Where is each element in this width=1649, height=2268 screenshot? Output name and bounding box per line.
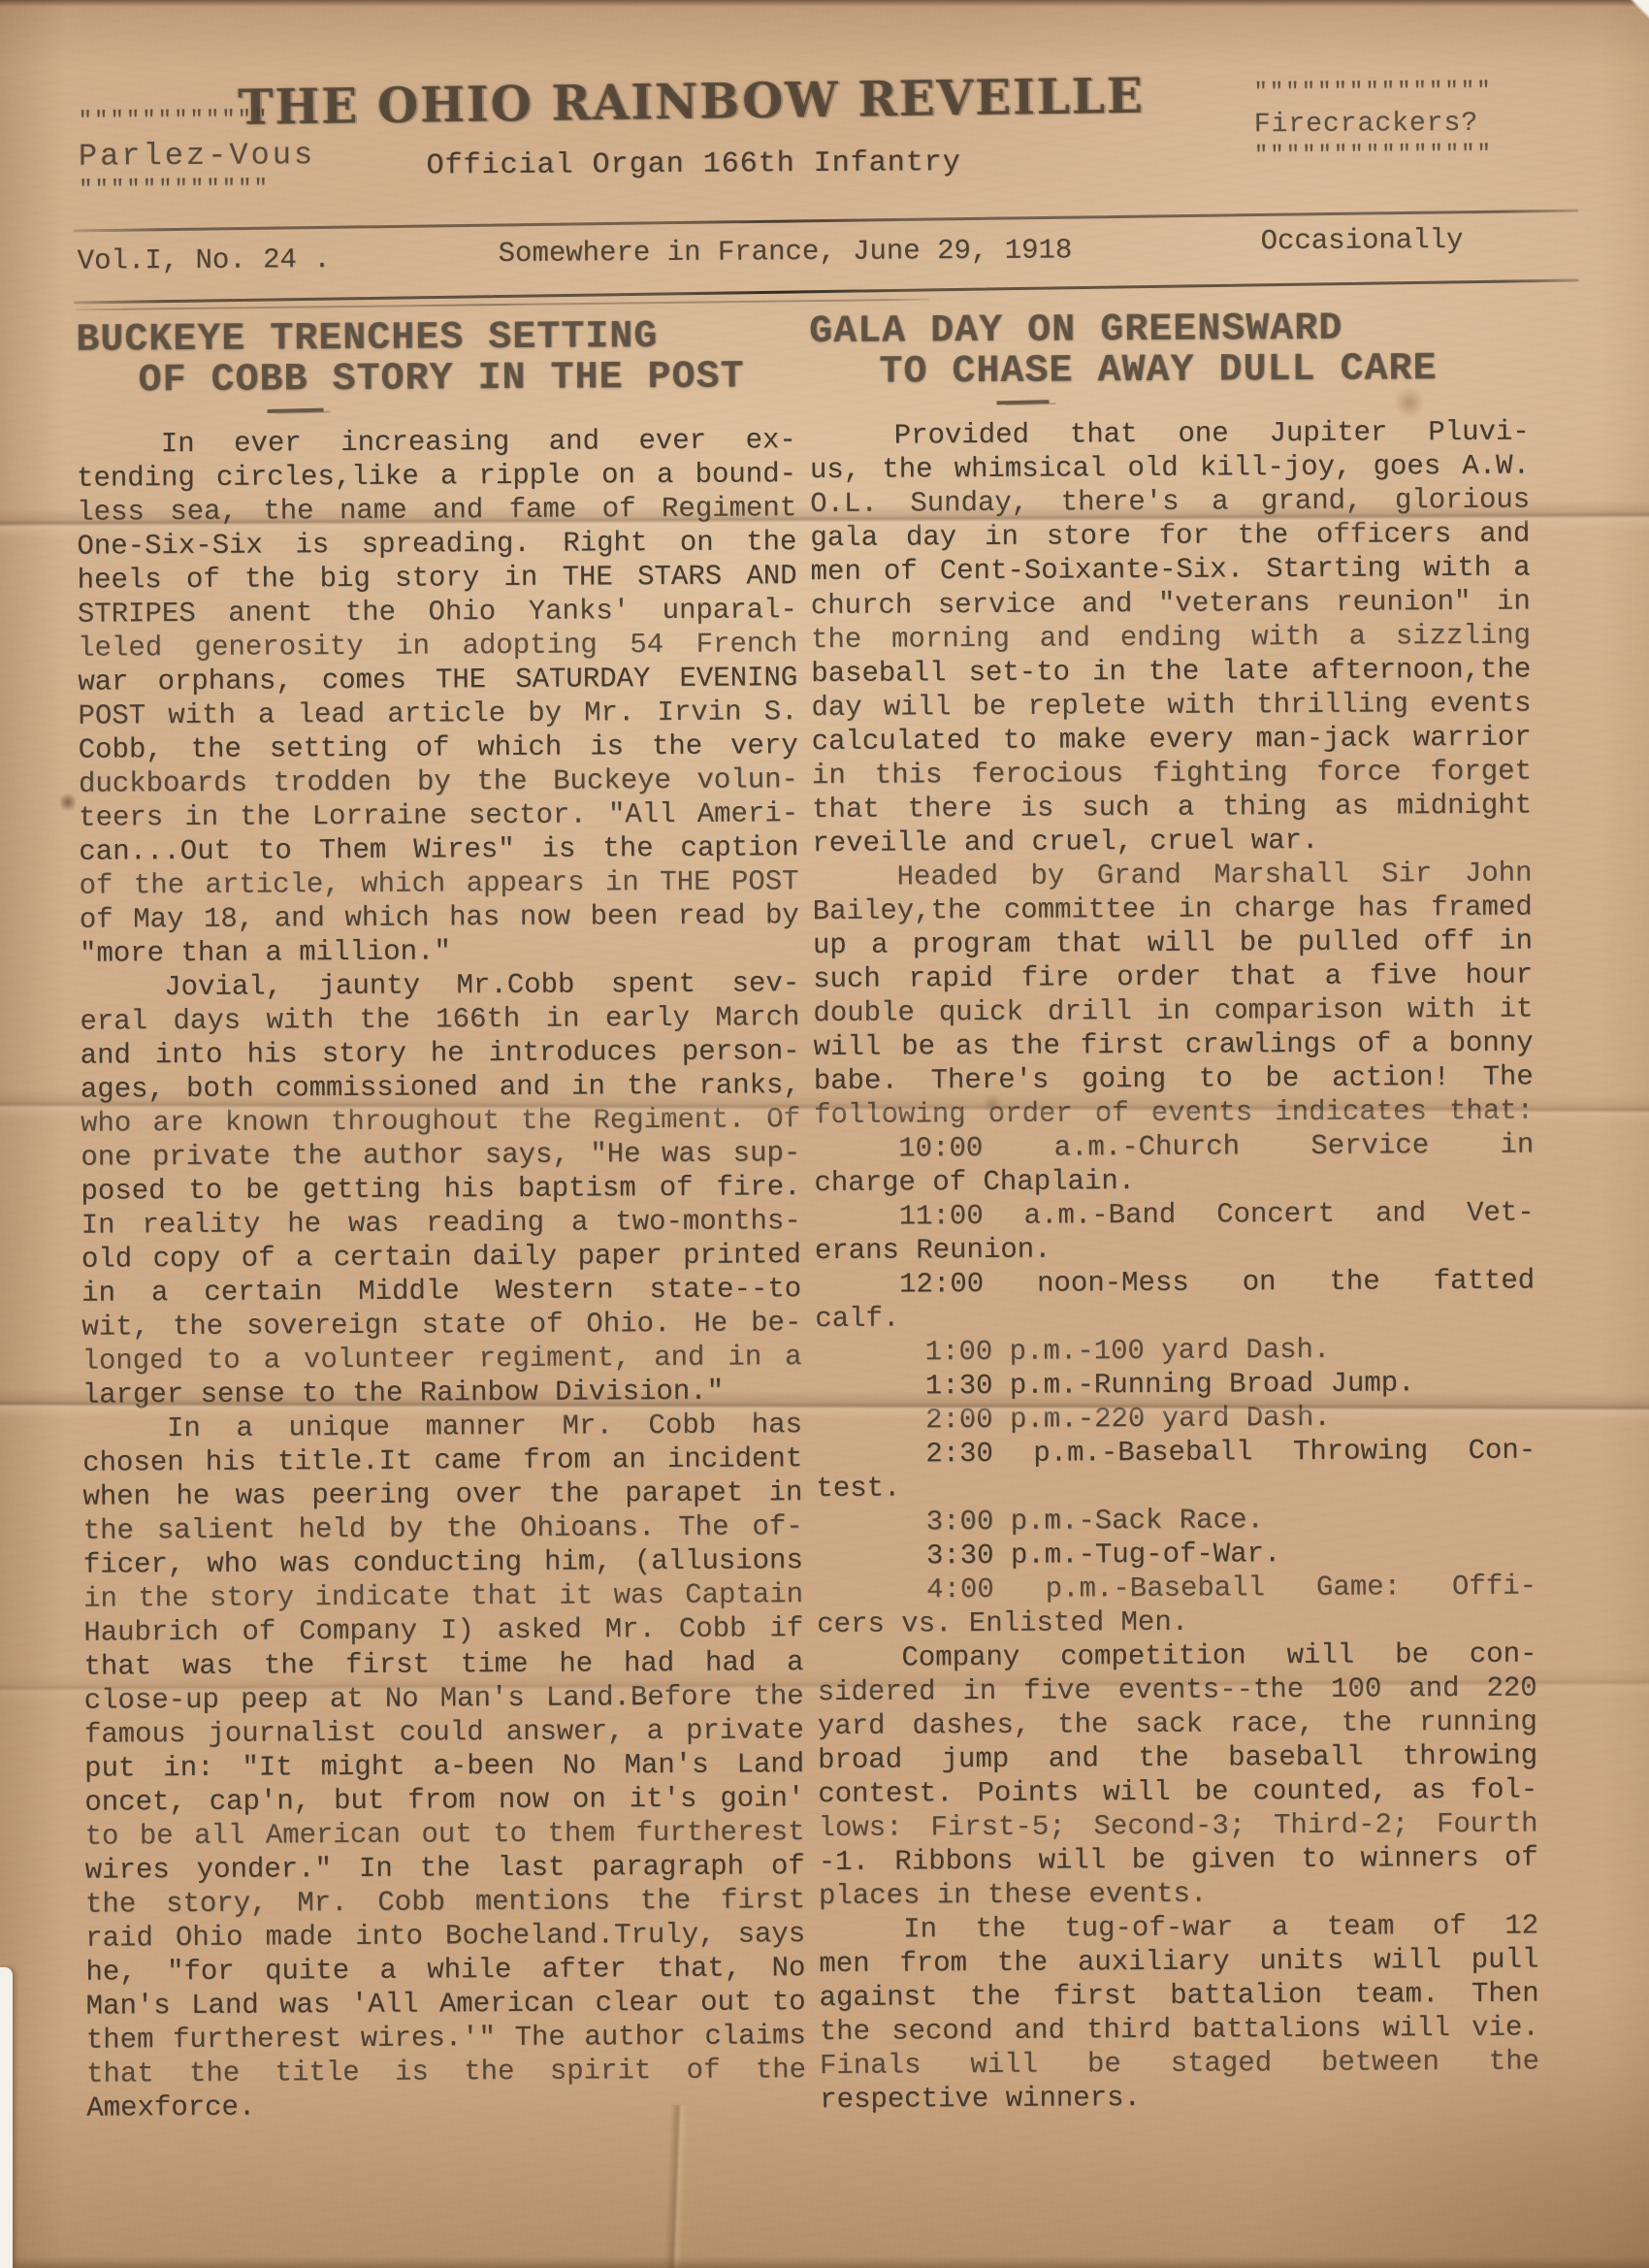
quote-marks-row: """"""""""""""" <box>1254 141 1493 172</box>
text-line: raid Ohio made into Bocheland.Truly, say… <box>85 1917 805 1956</box>
text-line: places in these events. <box>819 1875 1538 1914</box>
text-line: duckboards trodden by the Buckeye volun- <box>79 762 798 801</box>
text-line: Provided that one Jupiter Pluvi- <box>810 415 1530 454</box>
text-line: 2:00 p.m.-220 yard Dash. <box>816 1400 1536 1439</box>
text-line: in a certain Middle Western state--to <box>81 1272 801 1311</box>
ear-label-firecrackers: Firecrackers? <box>1254 109 1493 141</box>
text-line: men from the auxiliary units will pull <box>819 1943 1538 1982</box>
quote-marks-row: """""""""""" <box>79 175 315 205</box>
text-line: the salient held by the Ohioans. The of- <box>83 1509 803 1548</box>
scanned-newspaper-page: """""""""""" Parlez-Vous """""""""""" TH… <box>0 0 1649 2268</box>
text-line: in this ferocious fighting force forget <box>812 755 1532 794</box>
text-line: war orphans, comes THE SATURDAY EVENING <box>78 661 797 699</box>
page-content: """""""""""" Parlez-Vous """""""""""" TH… <box>0 0 1649 2268</box>
text-line: 10:00 a.m.-Church Service in <box>814 1128 1534 1167</box>
text-line: heels of the big story in THE STARS AND <box>78 559 797 598</box>
text-line: Company competition will be con- <box>817 1637 1536 1676</box>
dateline: Somewhere in France, June 29, 1918 <box>498 234 1072 270</box>
text-line: the morning and ending with a sizzling <box>811 619 1531 658</box>
text-line: to be all American out to them furtheres… <box>84 1815 804 1854</box>
text-line: charge of Chaplain. <box>814 1162 1534 1201</box>
text-line: Finals will be staged between the <box>820 2045 1539 2084</box>
text-line: Headed by Grand Marshall Sir John <box>812 857 1532 895</box>
text-line: put in: "It might a-been No Man's Land <box>84 1747 804 1786</box>
newspaper-title: THE OHIO RAINBOW REVEILLE <box>238 67 1145 136</box>
article-headline-line1: GALA DAY ON GREENSWARD <box>809 308 1529 354</box>
text-line: famous journalist could answer, a privat… <box>84 1713 804 1752</box>
article-headline-line2: TO CHASE AWAY DULL CARE <box>809 349 1529 395</box>
headline-divider-dash <box>996 400 1049 405</box>
text-line: ages, both commissioned and in the ranks… <box>81 1068 800 1107</box>
text-line: he, "for quite a while after that, No <box>85 1951 805 1990</box>
text-line: calf. <box>815 1298 1535 1337</box>
text-line: longed to a volunteer regiment, and in a <box>81 1340 801 1378</box>
volume-number: Vol.I, No. 24 . <box>78 243 331 277</box>
text-line: when he was peering over the parapet in <box>82 1475 802 1514</box>
text-line: gala day in store for the officers and <box>810 517 1530 556</box>
text-line: that the title is the spirit of the <box>86 2053 806 2091</box>
text-line: men of Cent-Soixante-Six. Starting with … <box>810 551 1530 590</box>
article-headline-line2: OF COBB STORY IN THE POST <box>76 357 795 403</box>
text-line: sidered in five events--the 100 and 220 <box>818 1671 1537 1710</box>
text-line: double quick drill in comparison with it <box>813 992 1533 1031</box>
text-line: close-up peep at No Man's Land.Before th… <box>84 1679 804 1718</box>
text-line: against the first battalion team. Then <box>819 1977 1538 2016</box>
text-line: the second and third battalions will vie… <box>820 2011 1539 2050</box>
text-line: ficer, who was conducting him, (allusion… <box>83 1543 803 1582</box>
text-line: will be as the first crawlings of a bonn… <box>813 1026 1533 1065</box>
text-line: In the tug-of-war a team of 12 <box>819 1909 1538 1948</box>
text-line: wires yonder." In the last paragraph of <box>85 1849 805 1888</box>
text-line: of the article, which appears in THE POS… <box>79 864 798 903</box>
text-line: In reality he was reading a two-months- <box>81 1204 801 1243</box>
newspaper-subtitle: Official Organ 166th Infantry <box>426 146 960 182</box>
scan-background-corner <box>1620 0 1649 29</box>
scan-background-strip <box>0 1967 13 2268</box>
text-line: old copy of a certain daily paper printe… <box>81 1238 801 1277</box>
text-line: eral days with the 166th in early March <box>80 1000 799 1039</box>
text-line: posed to be getting his baptism of fire. <box>81 1170 800 1209</box>
text-line: calculated to make every man-jack warrio… <box>812 721 1532 760</box>
text-line: following order of events indicates that… <box>814 1094 1534 1133</box>
frequency-note: Occasionally <box>1260 224 1463 257</box>
ear-label-parlez-vous: Parlez-Vous <box>79 137 315 174</box>
article-gala-day: GALA DAY ON GREENSWARD TO CHASE AWAY DUL… <box>809 308 1539 2117</box>
scan-edge-bottom <box>0 2256 1649 2268</box>
text-line: day will be replete with thrilling event… <box>811 687 1531 726</box>
text-line: the story, Mr. Cobb mentions the first <box>85 1883 805 1922</box>
text-line: tending circles,like a ripple on a bound… <box>77 457 796 496</box>
text-line: In ever increasing and ever ex- <box>77 423 796 462</box>
text-line: Amexforce. <box>86 2087 806 2125</box>
text-line: leled generosity in adopting 54 French <box>78 627 797 665</box>
text-line: -1. Ribbons will be given to winners of <box>819 1841 1538 1880</box>
text-line: One-Six-Six is spreading. Right on the <box>77 525 796 564</box>
text-line: 11:00 a.m.-Band Concert and Vet- <box>815 1196 1535 1235</box>
text-line: Cobb, the setting of which is the very <box>79 729 798 767</box>
text-line: lows: First-5; Second-3; Third-2; Fourth <box>818 1807 1537 1846</box>
text-line: that there is such a thing as midnight <box>812 789 1532 827</box>
text-line: STRIPES anent the Ohio Yanks' unparal- <box>78 593 797 632</box>
text-line: oncet, cap'n, but from now on it's goin' <box>84 1781 804 1820</box>
text-line: 2:30 p.m.-Baseball Throwing Con- <box>816 1434 1536 1473</box>
quote-marks-row: """"""""""""""" <box>1254 78 1493 109</box>
text-line: Haubrich of Company I) asked Mr. Cobb if <box>83 1611 803 1650</box>
text-line: and into his story he introduces person- <box>81 1034 800 1073</box>
text-line: 4:00 p.m.-Baseball Game: Offi- <box>817 1570 1536 1608</box>
text-line: them furtherest wires.'" The author clai… <box>86 2019 806 2057</box>
text-line: cers vs. Enlisted Men. <box>817 1604 1536 1642</box>
text-line: us, the whimsical old kill-joy, goes A.W… <box>810 449 1530 488</box>
text-line: up a program that will be pulled off in <box>813 924 1533 963</box>
text-line: baseball set-to in the late afternoon,th… <box>811 653 1531 692</box>
article-body: In ever increasing and ever ex-tending c… <box>77 423 807 2124</box>
text-line: church service and "veterans reunion" in <box>811 585 1531 624</box>
article-body: Provided that one Jupiter Pluvi-us, the … <box>810 415 1540 2118</box>
text-line: in the story indicate that it was Captai… <box>83 1577 803 1616</box>
text-line: POST with a lead article by Mr. Irvin S. <box>78 695 797 733</box>
text-line: who are known throughout the Regiment. O… <box>81 1102 800 1141</box>
text-line: that was the first time he had had a <box>83 1645 803 1684</box>
text-line: Bailey,the committee in charge has frame… <box>813 891 1533 929</box>
text-line: 3:30 p.m.-Tug-of-War. <box>817 1536 1536 1574</box>
text-line: 12:00 noon-Mess on the fatted <box>815 1264 1535 1303</box>
text-line: broad jump and the baseball throwing <box>818 1739 1537 1778</box>
article-headline-line1: BUCKEYE TRENCHES SETTING <box>76 316 795 362</box>
masthead-ear-right: """"""""""""""" Firecrackers? """"""""""… <box>1254 78 1494 172</box>
text-line: O.L. Sunday, there's a grand, glorious <box>810 483 1530 522</box>
text-line: Jovial, jaunty Mr.Cobb spent sev- <box>80 966 799 1005</box>
text-line: of May 18, and which has now been read b… <box>80 898 799 937</box>
text-line: "more than a million." <box>80 932 799 971</box>
text-line: such rapid fire order that a five hour <box>813 958 1533 997</box>
text-line: 3:00 p.m.-Sack Race. <box>816 1502 1536 1540</box>
text-line: 1:00 p.m.-100 yard Dash. <box>815 1332 1535 1371</box>
text-line: yard dashes, the sack race, the running <box>818 1705 1537 1744</box>
text-line: babe. There's going to be action! The <box>814 1060 1534 1099</box>
text-line: 1:30 p.m.-Running Broad Jump. <box>816 1366 1536 1405</box>
text-line: Man's Land was 'All American clear out t… <box>86 1985 806 2024</box>
scan-edge-top <box>0 0 1649 7</box>
text-line: respective winners. <box>820 2079 1539 2118</box>
text-line: teers in the Lorraine sector. "All Ameri… <box>79 796 798 835</box>
text-line: one private the author says, "He was sup… <box>81 1136 800 1175</box>
text-line: can...Out to Them Wires" is the caption <box>79 830 798 869</box>
text-line: reveille and cruel, cruel war. <box>812 823 1532 861</box>
text-line: contest. Points will be counted, as fol- <box>818 1773 1537 1812</box>
text-line: In a unique manner Mr. Cobb has <box>82 1408 802 1446</box>
text-line: chosen his title.It came from an inciden… <box>82 1442 802 1480</box>
text-line: larger sense to the Rainbow Division." <box>82 1374 802 1412</box>
text-line: test. <box>816 1468 1536 1507</box>
text-line: erans Reunion. <box>815 1230 1535 1269</box>
article-buckeye-trenches: BUCKEYE TRENCHES SETTING OF COBB STORY I… <box>76 316 806 2124</box>
text-line: wit, the sovereign state of Ohio. He be- <box>81 1306 801 1345</box>
text-line: less sea, the name and fame of Regiment <box>77 491 796 530</box>
headline-divider-dash <box>268 408 324 413</box>
